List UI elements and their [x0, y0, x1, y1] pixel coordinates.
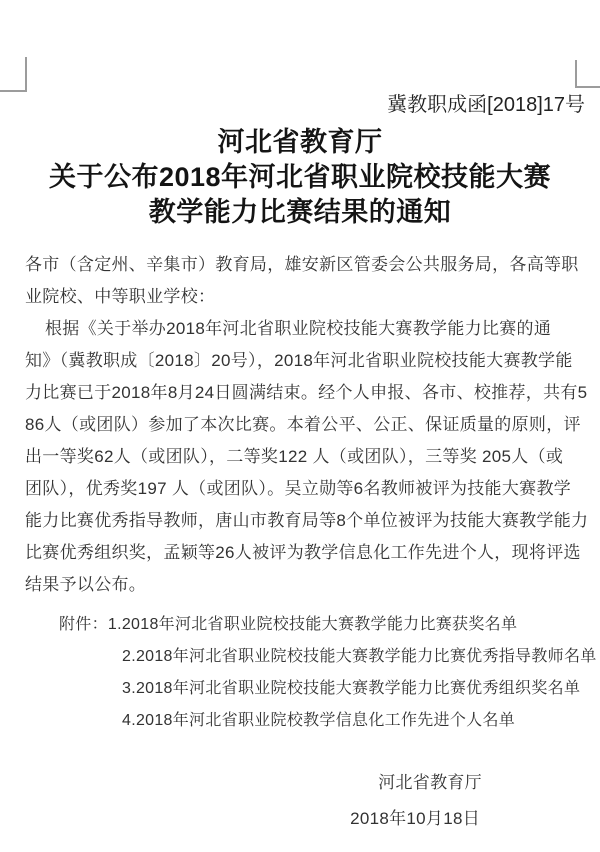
- attachment-item: 附件：1.2018年河北省职业院校技能大赛教学能力比赛获奖名单: [25, 609, 580, 641]
- body-line: 知》（冀教职成〔2018〕20号），2018年河北省职业院校技能大赛教学能: [25, 345, 580, 377]
- issue-date: 2018年10月18日: [25, 801, 580, 837]
- document-title: 河北省教育厅 关于公布2018年河北省职业院校技能大赛 教学能力比赛结果的通知: [0, 125, 600, 230]
- recipient-line: 业院校、中等职业学校：: [25, 281, 580, 313]
- signature-block: 河北省教育厅 2018年10月18日: [25, 765, 580, 837]
- body-line: 力比赛已于2018年8月24日圆满结束。经个人申报、各市、校推荐，共有5: [25, 377, 580, 409]
- body-line: 出一等奖62人（或团队），二等奖122 人（或团队），三等奖 205人（或: [25, 441, 580, 473]
- crop-mark-top-right-icon: [575, 60, 600, 88]
- body-line: 团队），优秀奖197 人（或团队）。吴立勋等6名教师被评为技能大赛教学: [25, 473, 580, 505]
- attachment-item: 3.2018年河北省职业院校技能大赛教学能力比赛优秀组织奖名单: [25, 673, 580, 705]
- title-line: 关于公布2018年河北省职业院校技能大赛: [0, 160, 600, 195]
- document-number: 冀教职成函[2018]17号: [0, 0, 600, 117]
- body-line: 能力比赛优秀指导教师，唐山市教育局等8个单位被评为技能大赛教学能力: [25, 505, 580, 537]
- attachment-item: 2.2018年河北省职业院校技能大赛教学能力比赛优秀指导教师名单: [25, 641, 580, 673]
- body-line: 结果予以公布。: [25, 569, 580, 601]
- attachment-item-text: 1.2018年河北省职业院校技能大赛教学能力比赛获奖名单: [108, 616, 517, 633]
- attachments-list: 附件：1.2018年河北省职业院校技能大赛教学能力比赛获奖名单 2.2018年河…: [25, 609, 580, 737]
- body-line: 根据《关于举办2018年河北省职业院校技能大赛教学能力比赛的通: [25, 313, 580, 345]
- recipient-line: 各市（含定州、辛集市）教育局，雄安新区管委会公共服务局，各高等职: [25, 249, 580, 281]
- body-line: 比赛优秀组织奖，孟颖等26人被评为教学信息化工作先进个人，现将评选: [25, 537, 580, 569]
- title-line: 教学能力比赛结果的通知: [0, 195, 600, 230]
- attachment-item: 4.2018年河北省职业院校教学信息化工作先进个人名单: [25, 705, 580, 737]
- document-body: 各市（含定州、辛集市）教育局，雄安新区管委会公共服务局，各高等职 业院校、中等职…: [0, 249, 600, 837]
- title-line: 河北省教育厅: [0, 125, 600, 160]
- crop-mark-top-left-icon: [0, 57, 27, 92]
- attachments-label: 附件：: [59, 616, 108, 633]
- issuer-name: 河北省教育厅: [25, 765, 580, 801]
- body-line: 86人（或团队）参加了本次比赛。本着公平、公正、保证质量的原则，评: [25, 409, 580, 441]
- document-page: 冀教职成函[2018]17号 河北省教育厅 关于公布2018年河北省职业院校技能…: [0, 0, 600, 852]
